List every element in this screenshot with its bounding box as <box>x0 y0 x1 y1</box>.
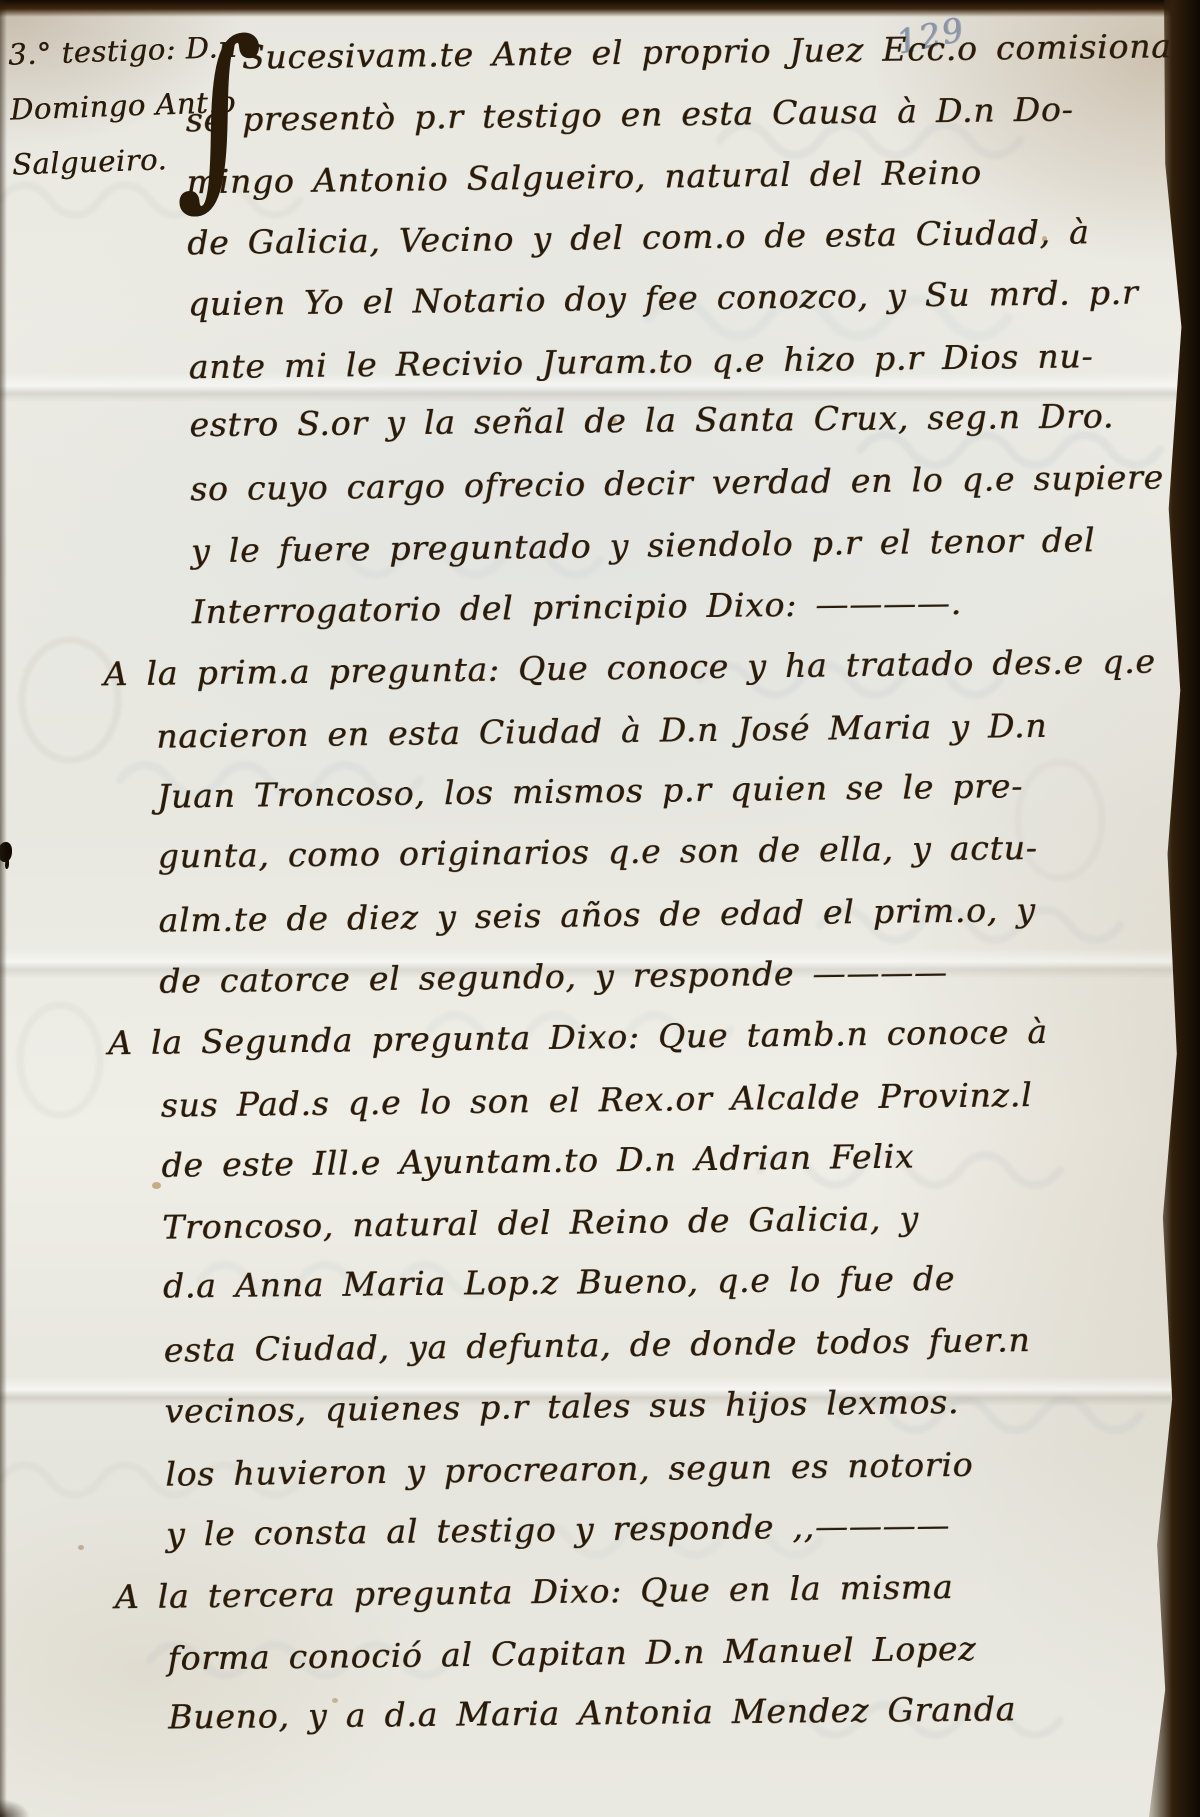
manuscript-line: se presentò p.r testigo en esta Causa à … <box>90 77 1151 151</box>
bottom-left-corner-shadow <box>0 1791 46 1817</box>
manuscript-line: esta Ciudad, ya defunta, de donde todos … <box>105 1307 1166 1381</box>
manuscript-line: alm.te de diez y seis años de edad el pr… <box>100 878 1161 952</box>
manuscript-line: so cuyo cargo ofrecio decir verdad en lo… <box>95 446 1156 520</box>
manuscript-line: A la tercera pregunta Dixo: Que en la mi… <box>108 1553 1169 1627</box>
manuscript-page: 129 3.° testigo: D.n Domingo Ant.o Salgu… <box>0 0 1200 1817</box>
left-page-edge <box>0 0 7 1817</box>
manuscript-line: estro S.or y la señal de la Santa Crux, … <box>94 385 1155 457</box>
manuscript-line: quien Yo el Notario doy fee conozco, y S… <box>93 262 1154 336</box>
manuscript-line: A la Segunda pregunta Dixo: Que tamb.n c… <box>102 1000 1163 1074</box>
manuscript-line: Bueno, y a d.a Maria Antonia Mendez Gran… <box>110 1676 1171 1748</box>
manuscript-line: mingo Antonio Salgueiro, natural del Rei… <box>91 140 1152 214</box>
testimony-text: Sucesivam.te Ante el proprio Juez Ecc.o … <box>90 16 1171 1751</box>
manuscript-line: los huvieron y procrearon, segun es noto… <box>107 1431 1168 1505</box>
manuscript-line: nacieron en esta Ciudad à D.n José Maria… <box>98 693 1159 767</box>
manuscript-line: vecinos, quienes p.r tales sus hijos lex… <box>106 1368 1167 1442</box>
torn-top-edge <box>0 0 1200 17</box>
manuscript-line: d.a Anna Maria Lop.z Bueno, q.e lo fue d… <box>105 1246 1166 1318</box>
manuscript-line: A la prim.a pregunta: Que conoce y ha tr… <box>97 631 1158 705</box>
manuscript-line: y le fuere preguntado y siendolo p.r el … <box>96 509 1157 583</box>
paper-fleck <box>78 1545 84 1550</box>
manuscript-line: gunta, como originarios q.e son de ella,… <box>99 815 1160 887</box>
manuscript-line: sus Pad.s q.e lo son el Rex.or Alcalde P… <box>102 1062 1163 1136</box>
